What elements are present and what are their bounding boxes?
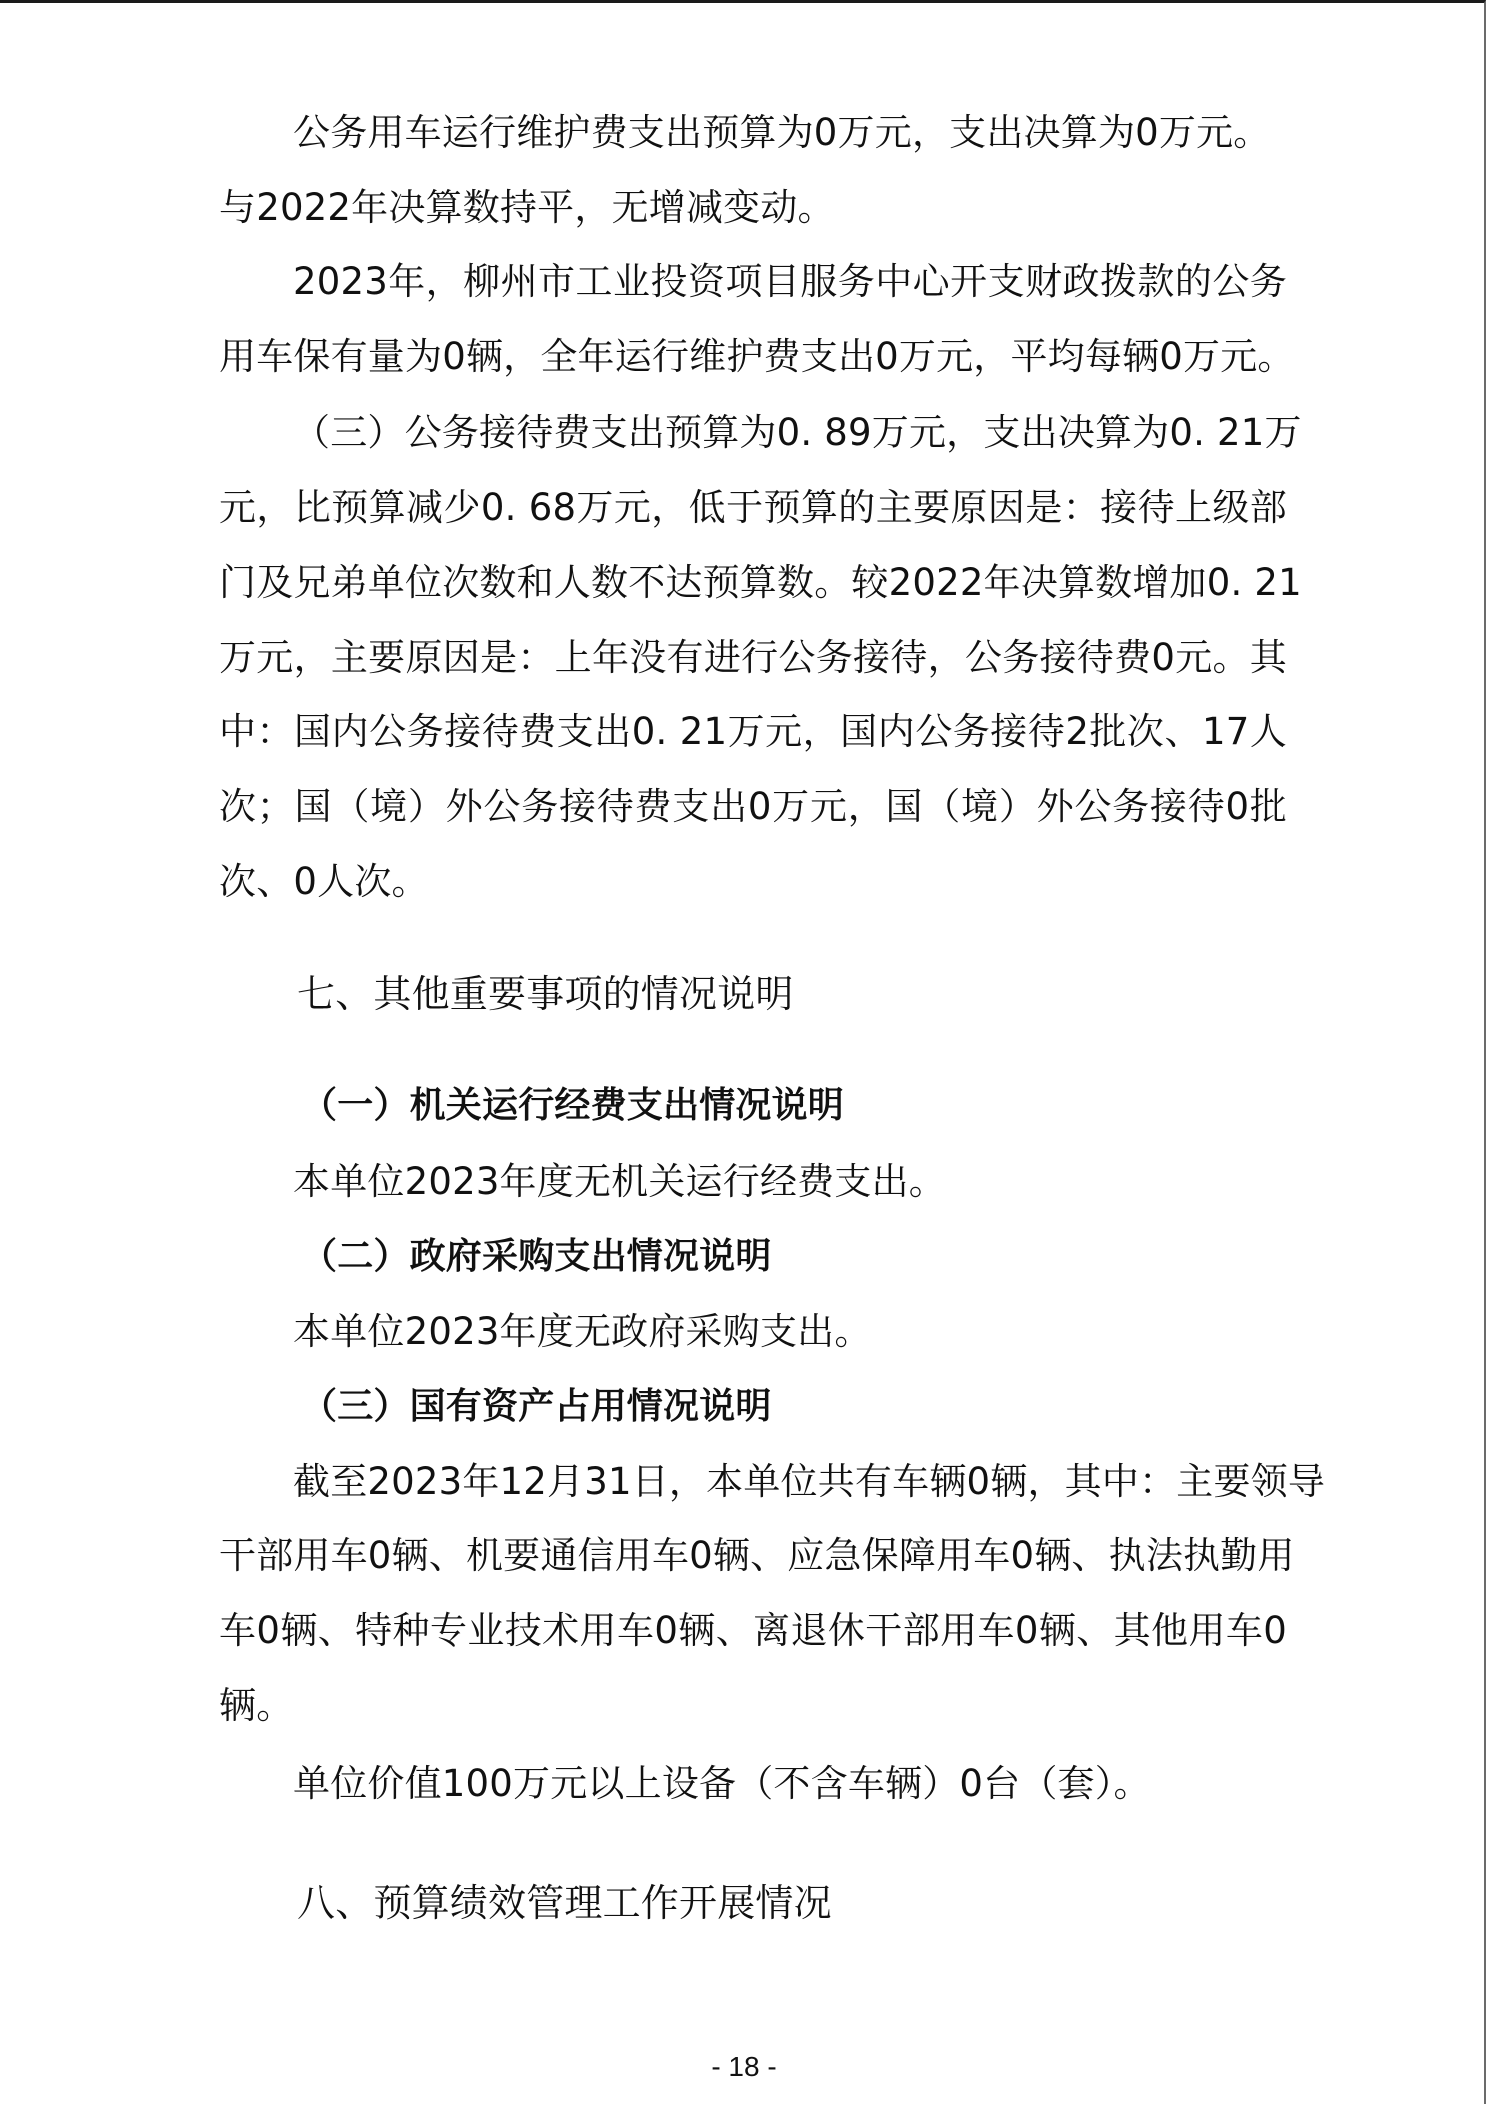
subsection-text-2: 本单位2023年度无政府采购支出。 — [293, 1310, 872, 1354]
paragraph-line: 与2022年决算数持平，无增减变动。 — [219, 186, 835, 230]
document-page: 公务用车运行维护费支出预算为0万元，支出决算为0万元。 与2022年决算数持平，… — [0, 0, 1486, 2104]
paragraph-line: 门及兄弟单位次数和人数不达预算数。较2022年决算数增加0. 21 — [219, 561, 1287, 605]
section-heading-7: 七、其他重要事项的情况说明 — [297, 972, 794, 1016]
paragraph-line: 辆。 — [219, 1684, 293, 1728]
paragraph-line: （三）公务接待费支出预算为0. 89万元，支出决算为0. 21万 — [293, 411, 1287, 455]
subsection-title-1: （一）机关运行经费支出情况说明 — [301, 1084, 844, 1128]
paragraph-line: 截至2023年12月31日，本单位共有车辆0辆，其中：主要领导 — [293, 1460, 1287, 1504]
paragraph-line: 车0辆、特种专业技术用车0辆、离退休干部用车0辆、其他用车0 — [219, 1609, 1287, 1653]
paragraph-line: 2023年，柳州市工业投资项目服务中心开支财政拨款的公务 — [293, 260, 1287, 304]
paragraph-line: 次；国（境）外公务接待费支出0万元，国（境）外公务接待0批 — [219, 785, 1287, 829]
page-number: - 18 - — [0, 2049, 1488, 2085]
subsection-title-3: （三）国有资产占用情况说明 — [301, 1385, 772, 1429]
section-heading-8: 八、预算绩效管理工作开展情况 — [297, 1881, 832, 1925]
subsection-text-1: 本单位2023年度无机关运行经费支出。 — [293, 1160, 946, 1204]
equipment-statement: 单位价值100万元以上设备（不含车辆）0台（套）。 — [293, 1762, 1151, 1806]
subsection-title-2: （二）政府采购支出情况说明 — [301, 1235, 772, 1279]
paragraph-line: 次、0人次。 — [219, 860, 429, 904]
paragraph-line: 中：国内公务接待费支出0. 21万元，国内公务接待2批次、17人 — [219, 710, 1287, 754]
paragraph-line: 万元，主要原因是：上年没有进行公务接待，公务接待费0元。其 — [219, 636, 1287, 680]
paragraph-line: 用车保有量为0辆，全年运行维护费支出0万元，平均每辆0万元。 — [219, 335, 1287, 379]
paragraph-line: 干部用车0辆、机要通信用车0辆、应急保障用车0辆、执法执勤用 — [219, 1534, 1287, 1578]
paragraph-line: 元，比预算减少0. 68万元，低于预算的主要原因是：接待上级部 — [219, 486, 1287, 530]
paragraph-line: 公务用车运行维护费支出预算为0万元，支出决算为0万元。 — [293, 111, 1270, 155]
